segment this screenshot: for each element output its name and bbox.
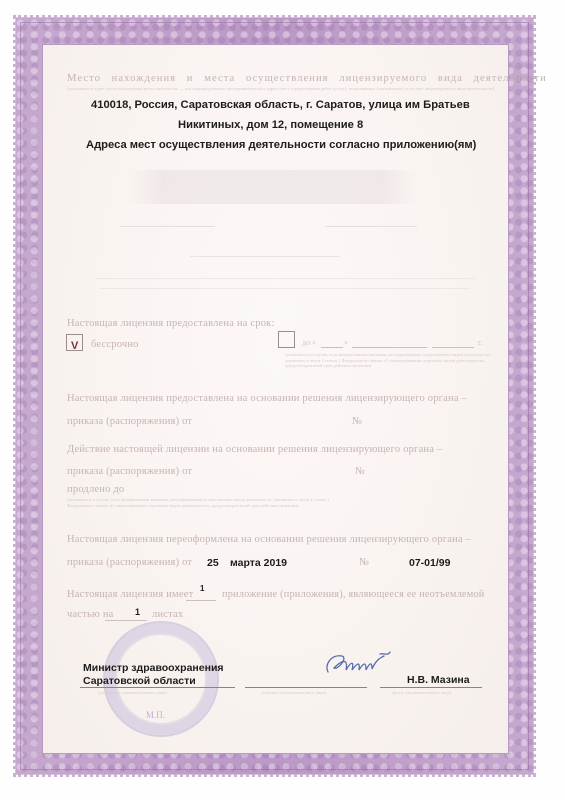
until-mid: » (344, 338, 348, 347)
appendix-count: 1 (200, 584, 204, 593)
until-note: (указывается в случае, если федеральными… (285, 352, 497, 369)
basis-number-label: № (352, 416, 362, 427)
location-note: (указываются адрес места нахождения (мес… (67, 86, 497, 92)
until-month-line (352, 347, 427, 348)
handwritten-signature (322, 650, 392, 678)
position-caption: (должность уполномоченного лица) (98, 690, 167, 696)
appendix-text-after: приложение (приложения), являющееся ее н… (222, 589, 484, 600)
extension-number-label: № (355, 466, 365, 477)
reissue-order-label: приказа (распоряжения) от (67, 557, 192, 568)
appendix-pages-line (105, 620, 147, 621)
appendix-pages-prefix: частью на (67, 609, 114, 620)
appendix-count-line (186, 600, 216, 601)
signature-caption: (подпись уполномоченного лица) (262, 690, 326, 696)
extended-until-label: продлено до (67, 484, 124, 495)
faded-line (95, 278, 475, 279)
reissue-label: Настоящая лицензия переоформлена на осно… (67, 534, 471, 545)
reissue-date-day: 25 (207, 557, 219, 569)
address-line-3: Адреса мест осуществления деятельности с… (86, 139, 476, 151)
unlimited-option-label: бессрочно (91, 339, 139, 350)
position-underline (80, 687, 235, 688)
signer-position-line2: Саратовской области (83, 675, 196, 687)
name-underline (380, 687, 482, 688)
extension-note: (заполняется в случае, если федеральными… (67, 497, 347, 508)
faded-line (190, 256, 340, 257)
appendix-pages-count: 1 (135, 607, 140, 617)
basis-label: Настоящая лицензия предоставлена на осно… (67, 393, 467, 404)
until-day-line (321, 347, 343, 348)
extension-order-label: приказа (распоряжения) от (67, 466, 192, 477)
basis-order-label: приказа (распоряжения) от (67, 416, 192, 427)
reissue-date-month-year: марта 2019 (230, 557, 287, 569)
appendix-pages-suffix: листах (152, 609, 183, 620)
extension-label: Действие настоящей лицензии на основании… (67, 444, 442, 455)
name-caption: (ф.и.о. уполномоченного лица) (392, 690, 451, 696)
address-line-2: Никитиных, дом 12, помещение 8 (178, 119, 363, 131)
term-label: Настоящая лицензия предоставлена на срок… (67, 318, 275, 329)
reissue-number-label: № (359, 557, 369, 568)
faded-line (325, 226, 417, 227)
address-line-1: 410018, Россия, Саратовская область, г. … (91, 99, 470, 111)
signature-underline (245, 687, 367, 688)
appendix-text-before: Настоящая лицензия имеет (67, 589, 193, 600)
seal-label: М.П. (146, 710, 165, 720)
until-date-checkbox[interactable] (278, 331, 295, 348)
until-prefix: до « (302, 338, 316, 347)
faded-line (120, 226, 215, 227)
faded-line (100, 288, 470, 289)
signer-position-line1: Министр здравоохранения (83, 662, 224, 674)
until-year-line (432, 347, 474, 348)
location-label: Место нахождения и места осуществления л… (67, 73, 547, 84)
document-page: Место нахождения и места осуществления л… (0, 0, 565, 800)
checkmark-icon: V (71, 340, 78, 352)
faded-title-watermark (128, 170, 418, 204)
until-suffix: г. (478, 338, 482, 347)
signer-name: Н.В. Мазина (407, 674, 470, 686)
reissue-order-number: 07-01/99 (409, 557, 450, 569)
